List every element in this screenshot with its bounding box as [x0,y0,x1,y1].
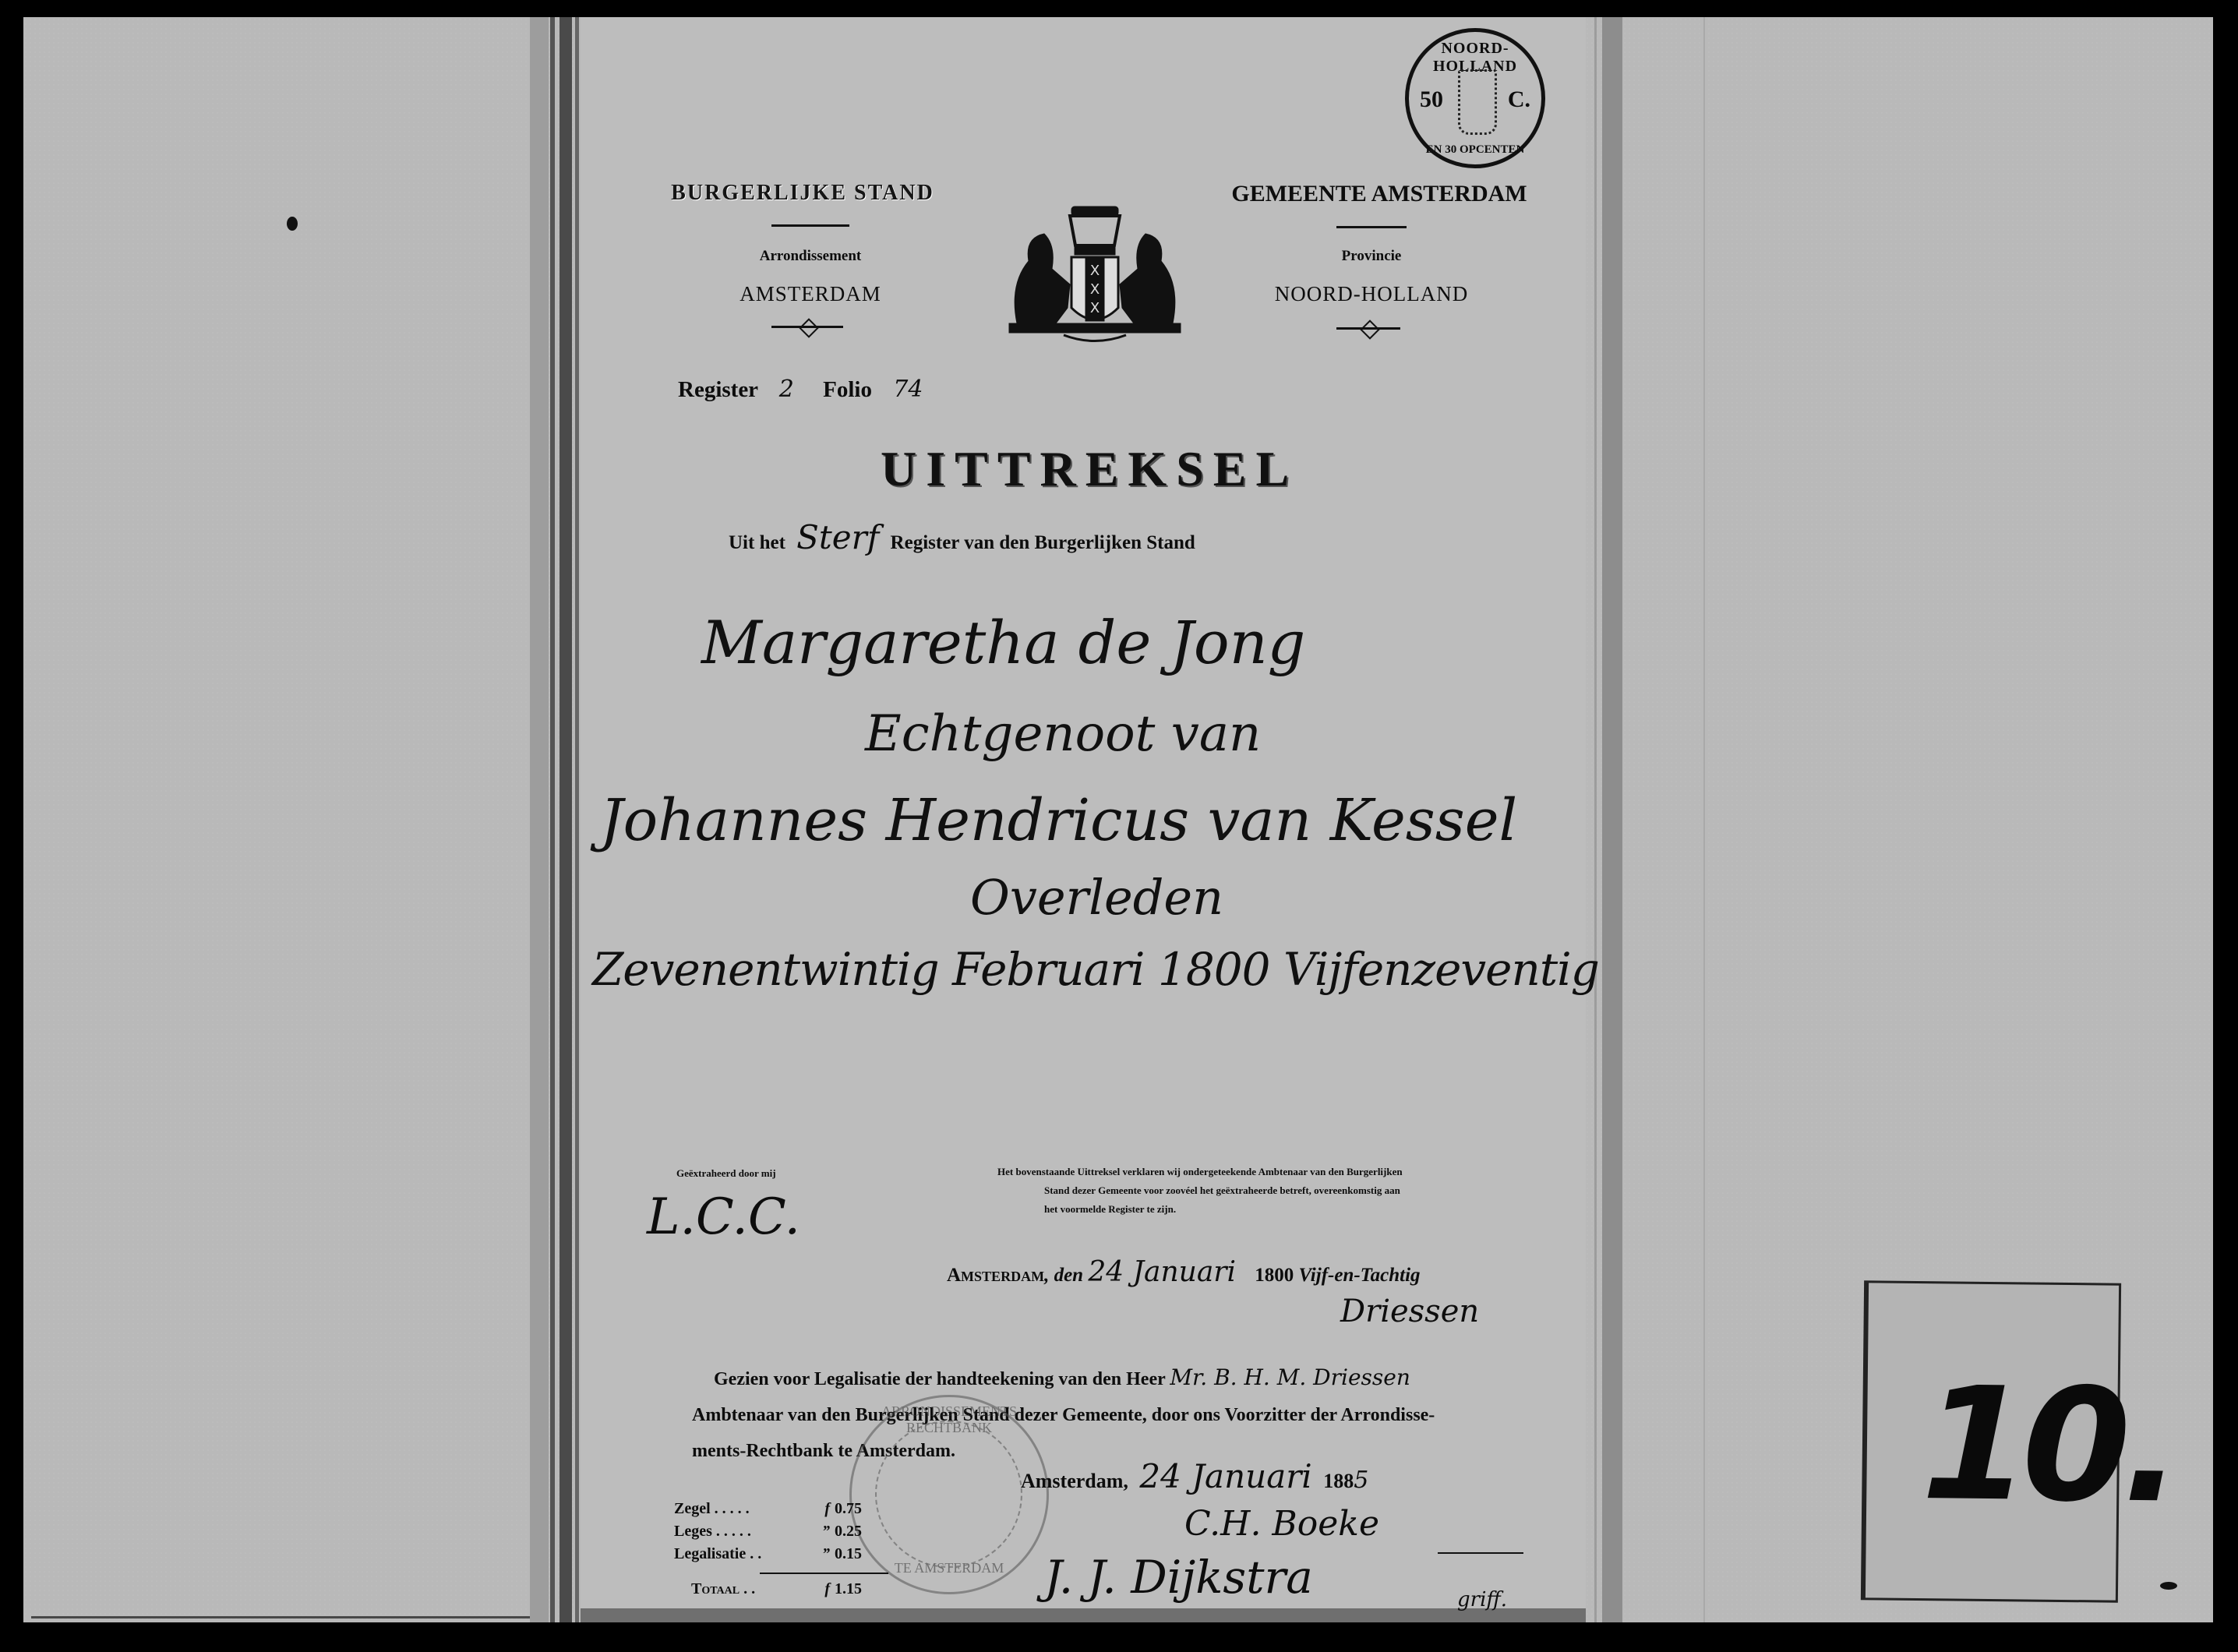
fee-label: Leges . . . . . [674,1523,807,1545]
fee-total-amount: 1.15 [835,1580,889,1603]
binding-line-right [1594,17,1597,1622]
fee-amount: 0.15 [835,1545,889,1568]
fee-currency: f [807,1500,835,1523]
register-value: 2 [779,376,794,403]
fee-total-row: Totaal . . f 1.15 [674,1580,916,1603]
document-bottom-edge [581,1608,1586,1622]
fee-label: Legalisatie . . [674,1545,807,1568]
binding-line-left [559,17,572,1622]
deceased-name: Margaretha de Jong [701,608,1305,677]
archive-number: 10. [1921,1354,2176,1537]
stamp-bottom-text: EN 30 OPCENTEN [1409,143,1541,157]
legalisation-day-month: 24 Januari [1139,1457,1311,1495]
ink-speck [2160,1582,2177,1590]
court-seal-top-text: ARRONDISSEMENTS RECHTBANK [852,1403,1047,1436]
fee-row: Zegel . . . . . f 0.75 [674,1500,916,1523]
legalisation-year-prefix: 188 [1323,1470,1354,1492]
register-type: Sterf [796,518,879,556]
extractor-signature: L.C.C. [647,1188,800,1246]
header-right-title: GEMEENTE AMSTERDAM [1223,181,1535,207]
header-right-value: NOORD-HOLLAND [1247,282,1496,306]
fee-row: Legalisatie . . ” 0.15 [674,1545,916,1568]
stamp-unit: C. [1508,86,1530,113]
issue-year-words: Vijf-en-Tachtig [1299,1265,1421,1286]
header-right-label: Provincie [1247,248,1496,265]
header-left-value: AMSTERDAM [686,282,935,306]
fee-total-label: Totaal . . [674,1580,807,1603]
fees-table: Zegel . . . . . f 0.75 Leges . . . . . ”… [674,1500,916,1603]
ink-speck [287,217,298,231]
register-folio-line: Register 2 Folio 74 [678,376,946,403]
source-prefix: Uit het [729,532,785,553]
certification-text: Het bovenstaande Uittreksel verklaren wi… [997,1163,1496,1219]
register-label: Register [678,377,758,402]
divider [1336,226,1407,228]
president-signature: C.H. Boeke [1184,1504,1379,1544]
signature-rule [1438,1552,1523,1554]
issue-year-prefix: 1800 [1255,1265,1294,1286]
legalisation-prefix: Gezien voor Legalisatie der handteekenin… [714,1369,1165,1389]
legalisation-text: Gezien voor Legalisatie der handteekenin… [692,1360,1495,1469]
legalisation-year-suffix: 5 [1354,1467,1368,1494]
binding-shadow-left [530,17,549,1622]
svg-text:X: X [1090,300,1100,316]
legalisation-line: Gezien voor Legalisatie der handteekenin… [692,1360,1495,1397]
ornament-divider [1336,327,1400,330]
issue-den: , den [1044,1265,1083,1286]
binding-line-left [550,17,555,1622]
mount-edge-line [31,1616,538,1618]
folio-value: 74 [893,376,923,403]
certification-line: Stand dezer Gemeente voor zoovéel het ge… [997,1181,1496,1200]
crest-icon [1458,69,1497,135]
binding-shadow-right [1602,17,1622,1622]
certification-line: Het bovenstaande Uittreksel verklaren wi… [997,1163,1496,1181]
fee-total-rule [760,1573,888,1574]
fee-currency: ” [807,1545,835,1568]
header-left-label: Arrondissement [686,248,935,265]
fee-row: Leges . . . . . ” 0.25 [674,1523,916,1545]
source-register-line: Uit het Sterf Register van den Burgerlij… [729,518,1195,556]
document-title: UITTREKSEL [881,440,1298,498]
header-left-title: BURGERLIJKE STAND [647,181,958,206]
archive-number-card: 10. [1861,1280,2121,1602]
official-signature: Driessen [1340,1294,1479,1329]
issue-day-month: 24 Januari [1088,1256,1236,1288]
fee-currency: ” [807,1523,835,1545]
fee-amount: 0.75 [835,1500,889,1523]
clerk-signature: J. J. Dijkstra [1044,1551,1313,1604]
legalisation-place: Amsterdam, [1021,1470,1128,1492]
death-date: Zevenentwintig Februari 1800 Vijfenzeven… [592,943,1599,996]
stamp-value: 50 [1420,86,1443,113]
amsterdam-coat-of-arms-icon: X X X [994,199,1196,343]
source-suffix: Register van den Burgerlijken Stand [891,532,1195,553]
ornament-divider [771,326,843,328]
binding-line-left [575,17,579,1622]
svg-text:X: X [1090,281,1100,298]
divider [771,224,849,227]
status-text: Overleden [970,869,1223,926]
certification-line: het voormelde Register te zijn. [997,1200,1496,1219]
folio-label: Folio [823,377,872,402]
issue-date-line: Amsterdam, den 24 Januari 1800 Vijf-en-T… [947,1256,1421,1288]
fold-line-right [1703,17,1705,1622]
revenue-stamp: NOORD-HOLLAND 50 C. EN 30 OPCENTEN [1405,28,1545,168]
legalisation-date-line: Amsterdam, 24 Januari 1885 [1021,1457,1368,1495]
legalised-official-name: Mr. B. H. M. Driessen [1170,1364,1410,1390]
spouse-name: Johannes Hendricus van Kessel [600,787,1517,854]
clerk-title: griff. [1457,1588,1507,1611]
fee-label: Zegel . . . . . [674,1500,807,1523]
fee-total-currency: f [807,1580,835,1603]
issue-place: Amsterdam [947,1265,1044,1286]
svg-text:X: X [1090,263,1100,279]
fee-amount: 0.25 [835,1523,889,1545]
extracted-by-label: Geëxtraheerd door mij [676,1167,776,1180]
legalisation-line: Ambtenaar van den Burgerlijken Stand dez… [692,1397,1495,1433]
relation-text: Echtgenoot van [865,705,1261,763]
